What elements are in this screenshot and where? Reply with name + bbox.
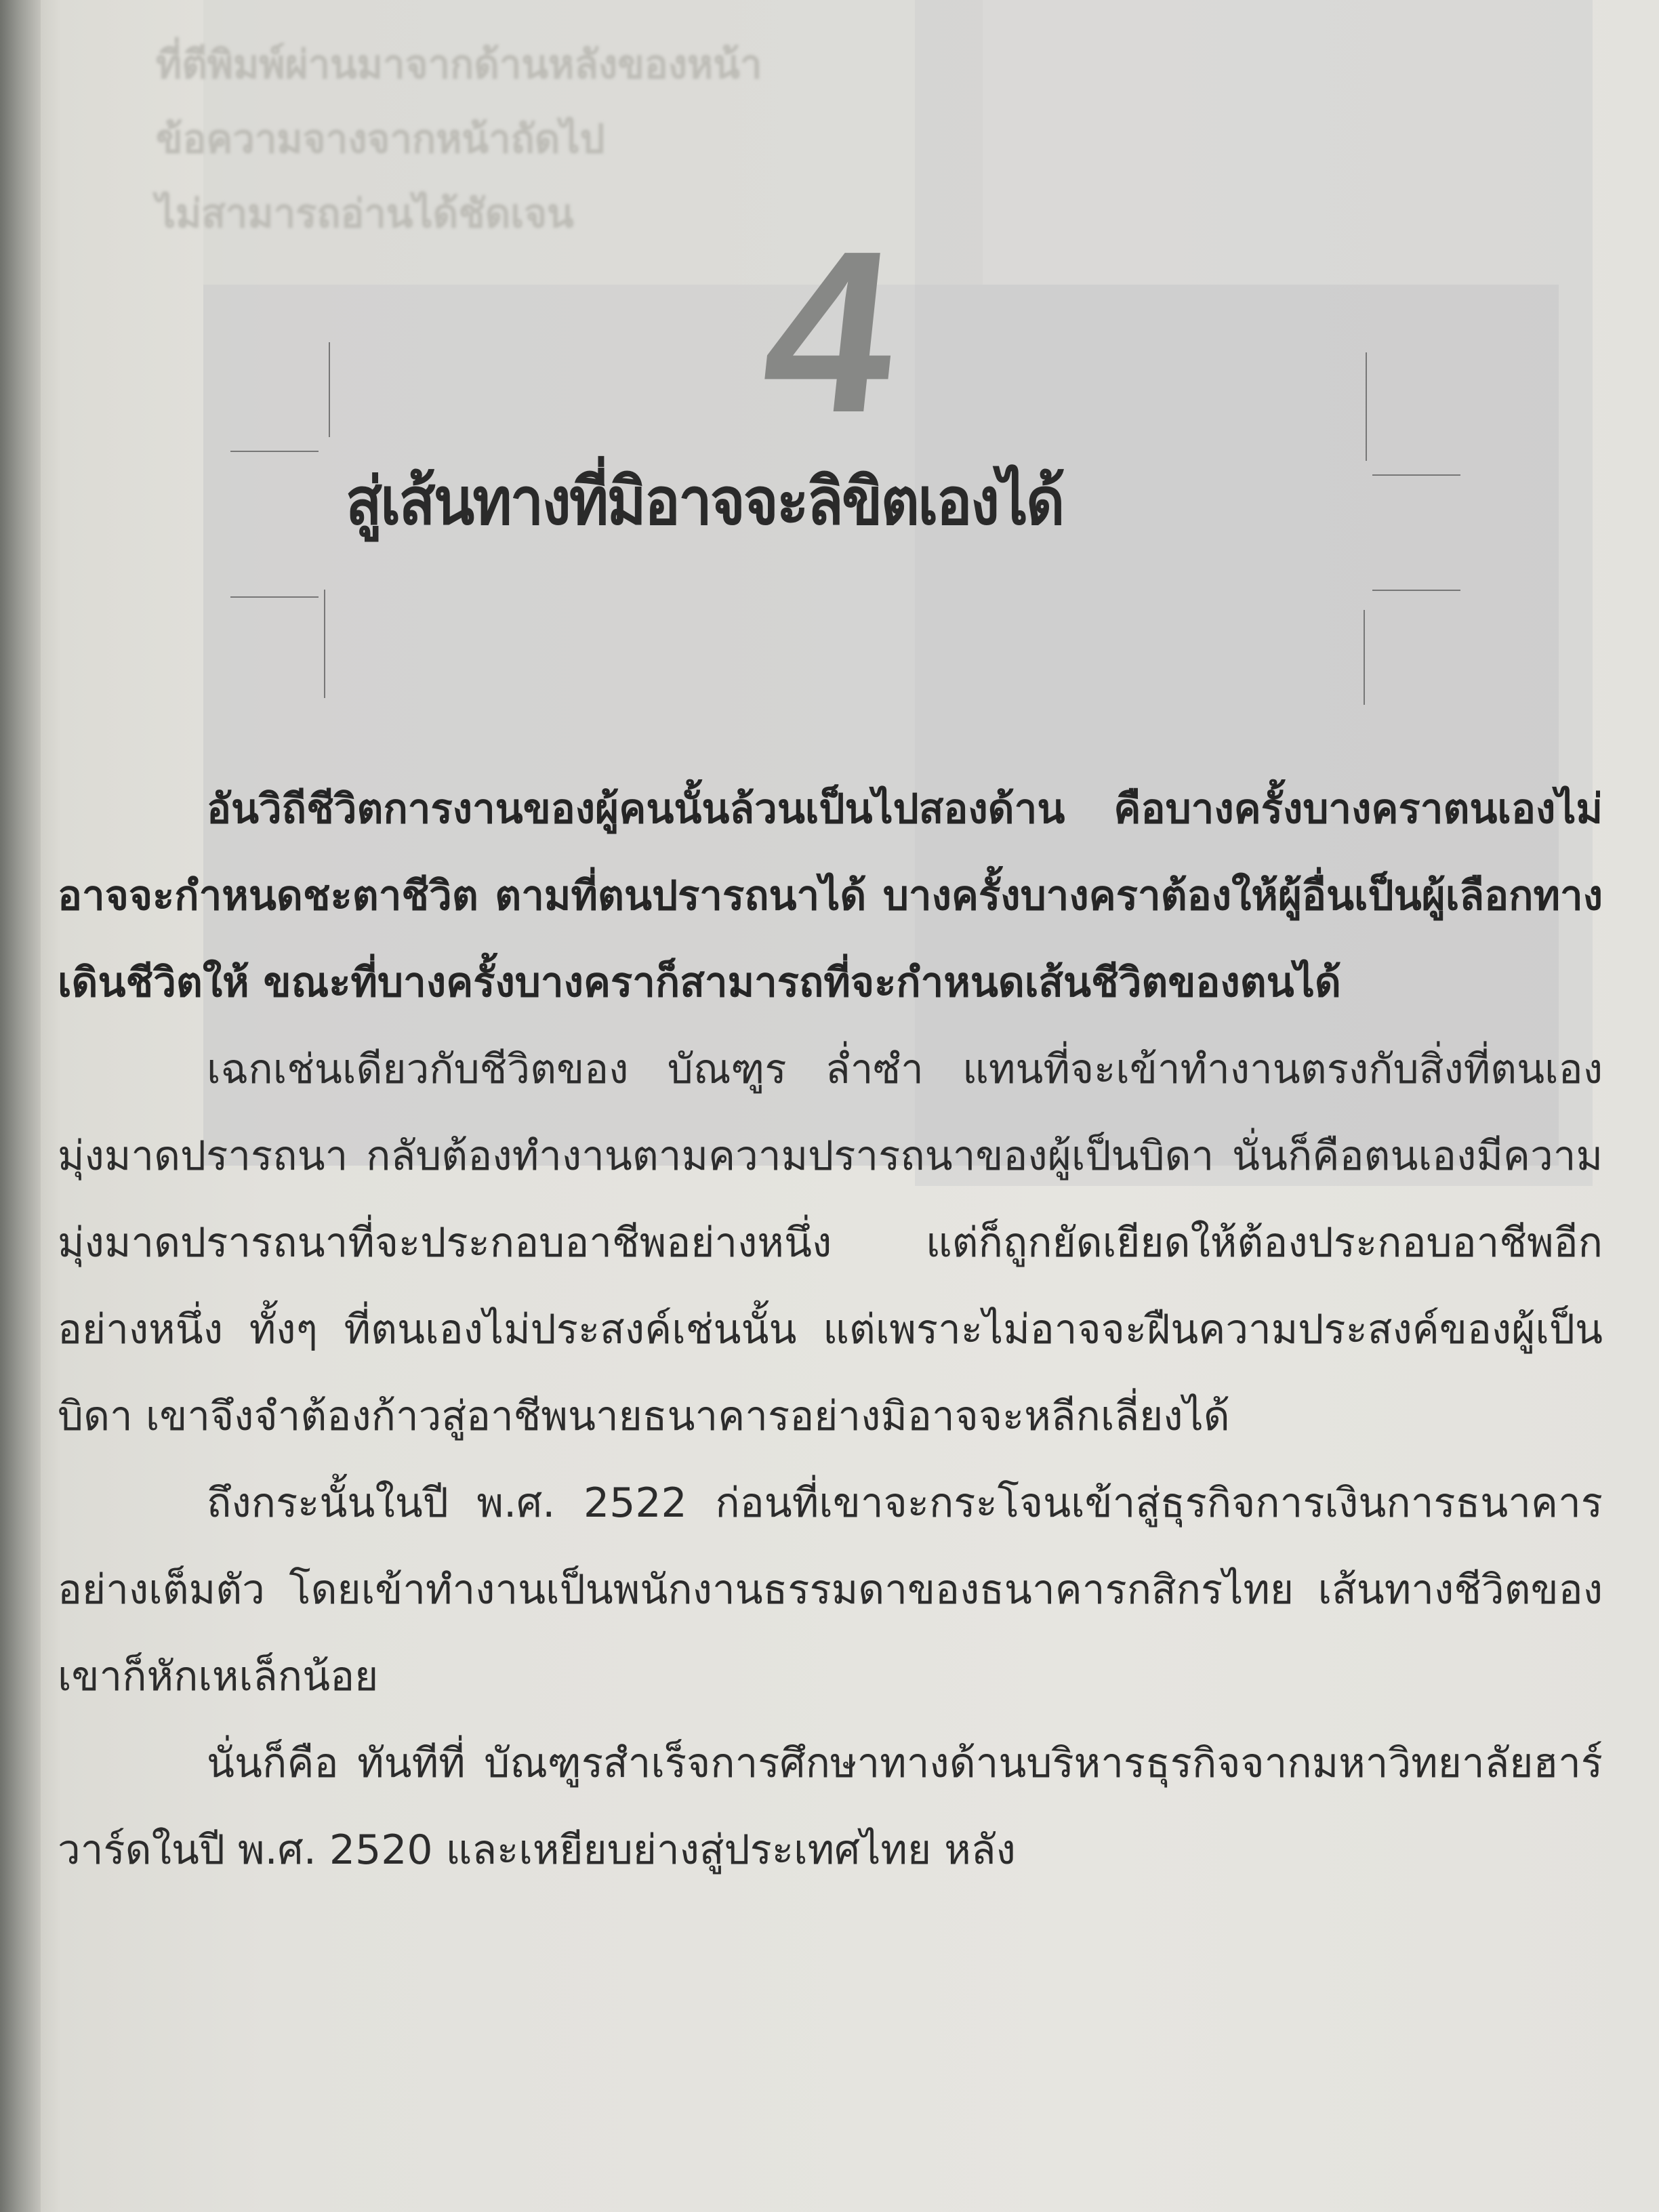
paragraph: ถึงกระนั้นในปี พ.ศ. 2522 ก่อนที่เขาจะกระ…	[58, 1460, 1603, 1720]
paragraph: เฉกเช่นเดียวกับชีวิตของ บัณฑูร ล่ำซำ แทน…	[58, 1026, 1603, 1460]
chapter-title: สู่เส้นทางที่มิอาจจะลิขิตเองได้	[346, 461, 1281, 542]
book-spine-shadow	[0, 0, 41, 2212]
bleed-through-line: ที่ตีพิมพ์ผ่านมาจากด้านหลังของหน้า	[156, 27, 901, 102]
bleed-through-line: ข้อความจางจากหน้าถัดไป	[156, 102, 901, 176]
book-page: ที่ตีพิมพ์ผ่านมาจากด้านหลังของหน้า ข้อคว…	[0, 0, 1659, 2212]
crop-mark	[230, 596, 319, 598]
crop-mark	[1372, 474, 1460, 476]
crop-mark	[1372, 590, 1460, 591]
chapter-number: 4	[730, 217, 930, 447]
body-text: อันวิถีชีวิตการงานของผู้คนนั้นล้วนเป็นไป…	[58, 766, 1603, 1893]
crop-mark	[230, 451, 319, 452]
crop-mark	[329, 342, 330, 437]
crop-mark	[1364, 610, 1365, 705]
lead-paragraph: อันวิถีชีวิตการงานของผู้คนนั้นล้วนเป็นไป…	[58, 766, 1603, 1026]
paragraph: นั่นก็คือ ทันทีที่ บัณฑูรสำเร็จการศึกษาท…	[58, 1720, 1603, 1893]
crop-mark	[1366, 352, 1367, 461]
crop-mark	[324, 590, 325, 698]
